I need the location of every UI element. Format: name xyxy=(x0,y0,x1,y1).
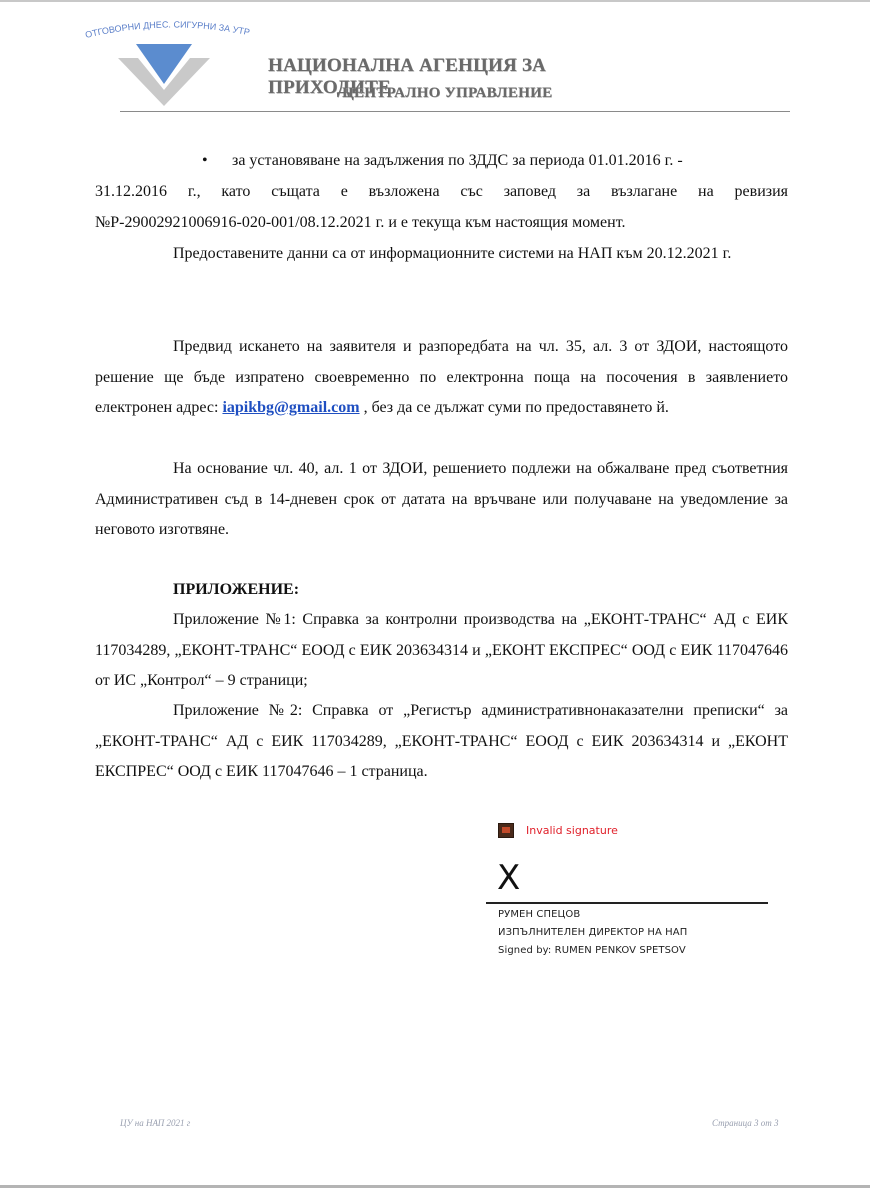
appendix-item-2: Приложение №2: Справка от „Регистър адми… xyxy=(95,696,788,788)
bullet-line-3: №Р-29002921006916-020-001/08.12.2021 г. … xyxy=(95,208,788,239)
page-bottom-border xyxy=(0,1185,870,1188)
nra-logo-icon xyxy=(118,44,210,106)
invalid-signature-icon xyxy=(498,823,514,838)
svg-text:ОТГОВОРНИ ДНЕС. СИГУРНИ ЗА УТР: ОТГОВОРНИ ДНЕС. СИГУРНИ ЗА УТРЕ. xyxy=(81,10,251,40)
bullet-item: •за установяване на задължения по ЗДДС з… xyxy=(95,146,788,177)
email-link[interactable]: iapikbg@gmail.com xyxy=(222,399,359,416)
bullet-line-1: за установяване на задължения по ЗДДС за… xyxy=(232,152,683,169)
signature-line xyxy=(486,902,768,904)
signer-title: ИЗПЪЛНИТЕЛЕН ДИРЕКТОР НА НАП xyxy=(498,927,687,938)
signature-mark: X xyxy=(497,858,520,898)
appendix-title: ПРИЛОЖЕНИЕ: xyxy=(173,576,299,604)
slogan-text: ОТГОВОРНИ ДНЕС. СИГУРНИ ЗА УТРЕ. xyxy=(81,10,251,40)
org-subtitle: ЦЕНТРАЛНО УПРАВЛЕНИЕ xyxy=(342,85,602,102)
delivery-text-end: , без да се дължат суми по предоставянет… xyxy=(360,399,669,416)
bullet-line-2: 31.12.2016 г., като същата е възложена с… xyxy=(95,177,788,208)
signature-status[interactable]: Invalid signature xyxy=(498,823,618,838)
footer-left: ЦУ на НАП 2021 г xyxy=(120,1118,190,1128)
appendix-item-1: Приложение №1: Справка за контролни прои… xyxy=(95,605,788,697)
signer-name: РУМЕН СПЕЦОВ xyxy=(498,909,580,920)
page-top-border xyxy=(0,0,870,2)
signature-status-text: Invalid signature xyxy=(526,824,618,837)
appeal-paragraph: На основание чл. 40, ал. 1 от ЗДОИ, реше… xyxy=(95,454,788,546)
delivery-paragraph: Предвид искането на заявителя и разпоред… xyxy=(95,332,788,424)
page-number: Страница 3 от 3 xyxy=(712,1118,778,1128)
data-source-paragraph: Предоставените данни са от информационни… xyxy=(95,239,788,270)
slogan: ОТГОВОРНИ ДНЕС. СИГУРНИ ЗА УТРЕ. xyxy=(84,18,254,44)
signed-by: Signed by: RUMEN PENKOV SPETSOV xyxy=(498,945,686,956)
header-divider xyxy=(120,111,790,112)
bullet-marker: • xyxy=(202,146,232,177)
